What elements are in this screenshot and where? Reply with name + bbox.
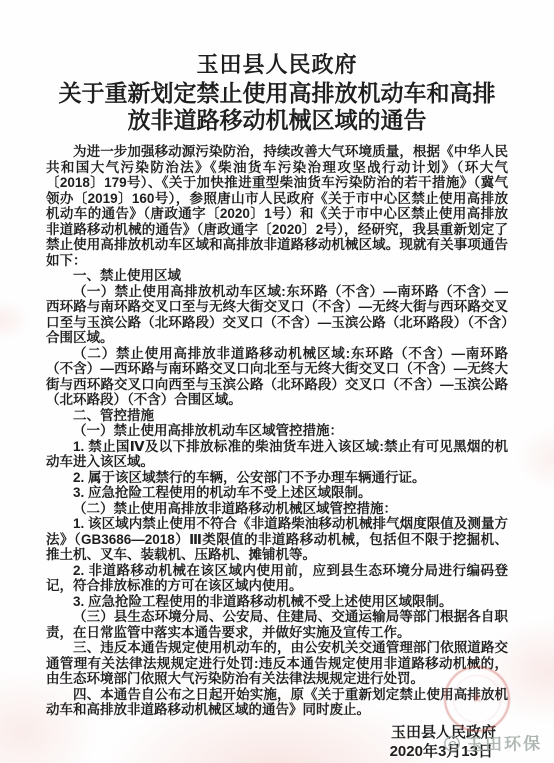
paragraph-measure-m2: 2. 非道路移动机械在该区域内使用前，应到县生态环境分局进行编码登记，符合排放标… bbox=[46, 563, 508, 594]
signature-block: 玉田县人民政府 2020年3月13日 bbox=[0, 723, 496, 761]
paragraph-zone-machine: （二）禁止使用高排放非道路移动机械区域:东环路（不含）—南环路（不含）—西环路与… bbox=[46, 346, 508, 408]
watermark-label: 玉田环保 bbox=[466, 729, 542, 755]
document-body: 为进一步加强移动源污染防治，持续改善大气环境质量，根据《中华人民共和国大气污染防… bbox=[46, 144, 508, 718]
paragraph-zone-vehicle: （一）禁止使用高排放机动车区域:东环路（不含）—南环路（不含）—西环路与南环路交… bbox=[46, 284, 508, 346]
paragraph-measures-machine-title: （二）禁止使用高排放非道路移动机械区域管控措施： bbox=[46, 501, 508, 517]
signature-date: 2020年3月13日 bbox=[0, 742, 493, 761]
watermark: 玉田环保 bbox=[443, 729, 542, 756]
signature-org: 玉田县人民政府 bbox=[0, 723, 496, 742]
section-heading-1: 一、禁止使用区域 bbox=[46, 268, 508, 284]
paragraph-intro: 为进一步加强移动源污染防治，持续改善大气环境质量，根据《中华人民共和国大气污染防… bbox=[46, 144, 508, 268]
section-heading-2: 二、管控措施 bbox=[46, 408, 508, 424]
epa-logo-icon bbox=[443, 734, 461, 752]
document-title-line2: 关于重新划定禁止使用高排放机动车和高排 bbox=[59, 80, 496, 106]
document-org-title: 玉田县人民政府 bbox=[0, 0, 554, 78]
paragraph-measure-v1: 1. 禁止国Ⅳ及以下排放标准的柴油货车进入该区域:禁止有可见黑烟的机动车进入该区… bbox=[46, 439, 508, 470]
paragraph-effective: 四、本通告自公布之日起开始实施，原《关于重新划定禁止使用高排放机动车和高排放非道… bbox=[46, 687, 508, 718]
paragraph-measure-m3: 3. 应急抢险工程使用的非道路移动机械不受上述使用区域限制。 bbox=[46, 594, 508, 610]
paragraph-measure-v2: 2. 属于该区域禁行的车辆，公安部门不予办理车辆通行证。 bbox=[46, 470, 508, 486]
paragraph-departments: （三）县生态环境分局、公安局、住建局、交通运输局等部门根据各自职责，在日常监管中… bbox=[46, 609, 508, 640]
paragraph-measure-v3: 3. 应急抢险工程使用的机动车不受上述区域限制。 bbox=[46, 485, 508, 501]
paragraph-measures-vehicle-title: （一）禁止使用高排放机动车区域管控措施： bbox=[46, 423, 508, 439]
notice-document-page: 玉田县人民政府 关于重新划定禁止使用高排放机动车和高排放非道路移动机械区域的通告… bbox=[0, 0, 554, 763]
paragraph-measure-m1: 1. 该区域内禁止使用不符合《非道路柴油移动机械排气烟度限值及测量方法》（GB3… bbox=[46, 516, 508, 563]
document-title-line3: 放非道路移动机械区域的通告 bbox=[128, 107, 427, 133]
document-title: 关于重新划定禁止使用高排放机动车和高排放非道路移动机械区域的通告 bbox=[28, 80, 526, 134]
paragraph-penalties: 三、违反本通告规定使用机动车的，由公安机关交通管理部门依照道路交通管理有关法律法… bbox=[46, 640, 508, 687]
